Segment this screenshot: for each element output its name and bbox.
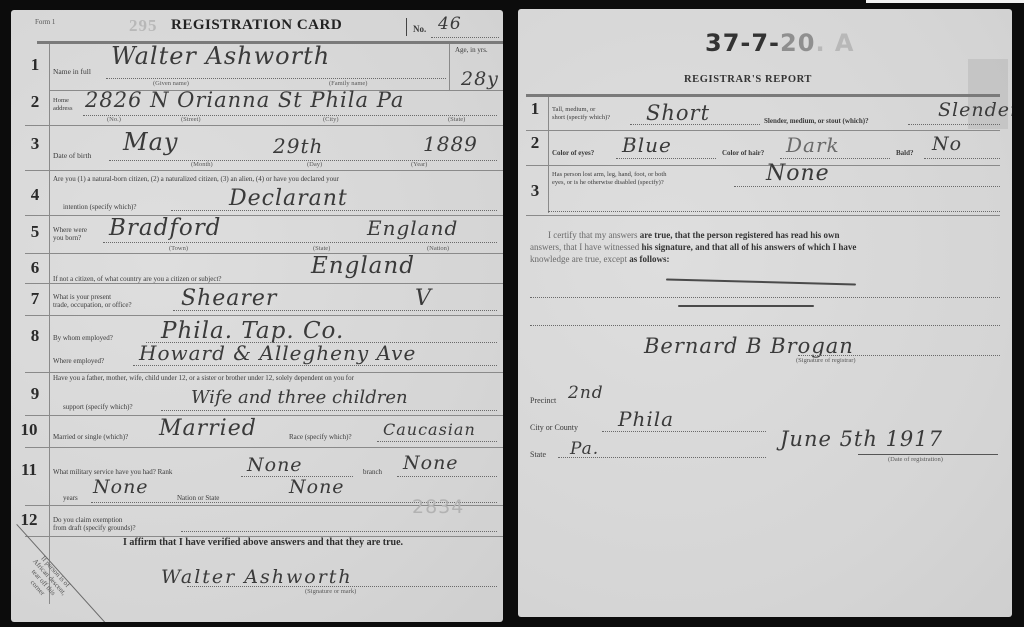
row-number: 11: [17, 460, 41, 480]
birthplace-underline: [103, 242, 497, 243]
birthplace-town: Bradford: [109, 215, 221, 241]
city-caption: (City): [323, 116, 339, 123]
exceptions-line: [530, 297, 1000, 298]
row-number: 1: [23, 55, 47, 75]
card-title: REGISTRATION CARD: [171, 17, 342, 34]
row-divider: [25, 372, 503, 373]
number-column-rule: [548, 97, 549, 213]
card-number: 46: [438, 14, 462, 34]
precinct-label: Precinct: [530, 396, 556, 405]
given-name-caption: (Given name): [153, 80, 189, 87]
row-number: 7: [23, 289, 47, 309]
nation-or-state-value: None: [289, 476, 345, 498]
form-label: Form 1: [35, 18, 55, 26]
no-label: No.: [413, 25, 426, 34]
disability-underline: [734, 186, 1000, 187]
family-name-caption: (Family name): [329, 80, 367, 87]
row-divider: [25, 447, 503, 448]
report-title: REGISTRAR'S REPORT: [684, 74, 812, 85]
bald-label: Bald?: [896, 149, 914, 158]
dob-month: May: [123, 128, 178, 156]
citizenship-underline: [171, 210, 497, 211]
ghost-stamp: 295: [129, 16, 158, 36]
title-divider: [406, 18, 407, 36]
eye-color-underline: [616, 158, 716, 159]
occupation-label: What is your presenttrade, occupation, o…: [53, 293, 132, 309]
row-underline: [548, 211, 1000, 212]
state-underline: [558, 457, 766, 458]
top-edge-strip: [866, 0, 1024, 3]
birthplace-label: Where wereyou born?: [53, 226, 87, 242]
stamped-number: 2834: [412, 496, 464, 518]
employer-label: By whom employed?: [53, 334, 113, 343]
years-value: None: [93, 476, 149, 498]
eye-color-label: Color of eyes?: [552, 149, 594, 158]
pen-stroke: [666, 279, 856, 286]
where-employed-underline: [133, 365, 497, 366]
row-number: 10: [17, 420, 41, 440]
military-rank-value: None: [247, 454, 303, 476]
serial-stamp: 37-7-20. A: [705, 29, 854, 57]
row-divider: [25, 283, 503, 284]
citizenship-label: intention (specify which)?: [63, 203, 136, 212]
city-county-label: City or County: [530, 423, 578, 432]
row-divider: [526, 165, 1000, 166]
row-divider: [526, 215, 1000, 216]
dependents-label: support (specify which)?: [63, 403, 133, 412]
no-caption: (No.): [107, 116, 121, 123]
age-value: 28y: [461, 68, 499, 90]
height-label: Tall, medium, orshort (specify which)?: [552, 106, 610, 122]
row-number: 9: [23, 384, 47, 404]
registrant-signature: Walter Ashworth: [161, 566, 353, 588]
town-caption: (Town): [169, 245, 188, 252]
build-label: Slender, medium, or stout (which)?: [764, 117, 869, 126]
age-label: Age, in yrs.: [455, 46, 488, 55]
registration-date: June 5th 1917: [780, 427, 943, 451]
dob-day: 29th: [273, 134, 323, 158]
marital-label: Married or single (which)?: [53, 433, 128, 442]
dob-underline: [109, 160, 497, 161]
row-divider: [25, 315, 503, 316]
citizenship-value: Declarant: [229, 186, 348, 211]
race-value: Caucasian: [383, 420, 476, 439]
eye-color-value: Blue: [622, 133, 672, 157]
street-caption: (Street): [181, 116, 201, 123]
pen-stroke: [678, 305, 814, 307]
row-divider: [25, 415, 503, 416]
state-label: State: [530, 450, 546, 459]
name-value: Walter Ashworth: [111, 42, 330, 70]
row-divider: [25, 125, 503, 126]
branch-underline: [397, 476, 497, 477]
dependents-value: Wife and three children: [191, 387, 408, 408]
hair-color-value: Dark: [786, 133, 840, 157]
hair-color-label: Color of hair?: [722, 149, 764, 158]
registrar-signature-underline: [798, 355, 1000, 356]
dependents-question: Have you a father, mother, wife, child u…: [53, 374, 354, 383]
nation-caption: (Nation): [427, 245, 449, 252]
row-number: 3: [523, 181, 547, 201]
registrar-report-back: 37-7-20. A REGISTRAR'S REPORT 1 Tall, me…: [518, 9, 1012, 617]
dependents-underline: [161, 410, 497, 411]
year-caption: (Year): [411, 161, 427, 168]
home-address-label: Homeaddress: [53, 97, 73, 113]
disability-label: Has person lost arm, leg, hand, foot, or…: [552, 171, 666, 187]
state-caption: (State): [448, 116, 465, 123]
address-underline: [83, 115, 497, 116]
citizenship-question: Are you (1) a natural-born citizen, (2) …: [53, 175, 339, 184]
home-address-value: 2826 N Orianna St Phila Pa: [85, 88, 404, 112]
registrar-caption: (Signature of registrar): [796, 357, 856, 364]
hair-color-underline: [780, 158, 890, 159]
birthplace-nation: England: [367, 216, 458, 240]
where-employed-value: Howard & Allegheny Ave: [139, 341, 416, 365]
month-caption: (Month): [191, 161, 213, 168]
registration-card-front: Form 1 295 REGISTRATION CARD No. 46 1 Na…: [11, 10, 503, 622]
race-label: Race (specify which)?: [289, 433, 352, 442]
signature-underline: [187, 586, 497, 587]
state-caption: (State): [313, 245, 330, 252]
precinct-value: 2nd: [568, 383, 604, 403]
date-underline: [858, 454, 998, 455]
name-label: Name in full: [53, 67, 91, 76]
row-number: 5: [23, 222, 47, 242]
row-number: 3: [23, 134, 47, 154]
row-divider: [526, 130, 1000, 131]
row-number: 4: [23, 185, 47, 205]
row-divider: [25, 170, 503, 171]
affirmation-text: I affirm that I have verified above answ…: [123, 537, 403, 548]
branch-label: branch: [363, 468, 382, 477]
dob-label: Date of birth: [53, 151, 91, 160]
branch-value: None: [403, 452, 459, 474]
no-underline: [431, 37, 499, 38]
certification-text: I certify that my answers are true, that…: [530, 229, 1002, 265]
city-underline: [602, 431, 766, 432]
height-value: Short: [646, 101, 710, 125]
row-number: 6: [23, 258, 47, 278]
number-column-rule: [49, 44, 50, 604]
bald-value: No: [932, 133, 962, 155]
row-number: 2: [523, 133, 547, 153]
height-underline: [630, 124, 760, 125]
build-underline: [908, 124, 1000, 125]
exceptions-line: [530, 325, 1000, 326]
disability-value: None: [766, 161, 830, 186]
row-number: 8: [23, 326, 47, 346]
age-divider: [449, 44, 450, 90]
city-county-value: Phila: [618, 407, 674, 431]
header-rule: [526, 94, 1000, 97]
check-mark: V: [415, 286, 432, 311]
exemption-underline: [181, 531, 497, 532]
bald-underline: [924, 158, 1000, 159]
exemption-label: Do you claim exemptionfrom draft (specif…: [53, 516, 136, 532]
years-label: years: [63, 494, 78, 503]
occupation-value: Shearer: [181, 286, 277, 311]
row-divider: [25, 253, 503, 254]
build-value: Slender: [938, 99, 1012, 121]
day-caption: (Day): [307, 161, 322, 168]
nationality-value: England: [311, 253, 415, 279]
row-number: 1: [523, 99, 547, 119]
where-employed-label: Where employed?: [53, 357, 104, 366]
occupation-underline: [173, 310, 497, 311]
row-number: 2: [23, 92, 47, 112]
race-underline: [377, 441, 497, 442]
state-value: Pa.: [570, 439, 599, 459]
marital-value: Married: [159, 416, 257, 441]
tear-corner-note: If person is of African descent, tear of…: [19, 552, 73, 608]
signature-caption: (Signature or mark): [305, 588, 356, 595]
name-underline: [106, 78, 446, 79]
dob-year: 1889: [423, 132, 478, 156]
date-caption: (Date of registration): [888, 456, 943, 463]
